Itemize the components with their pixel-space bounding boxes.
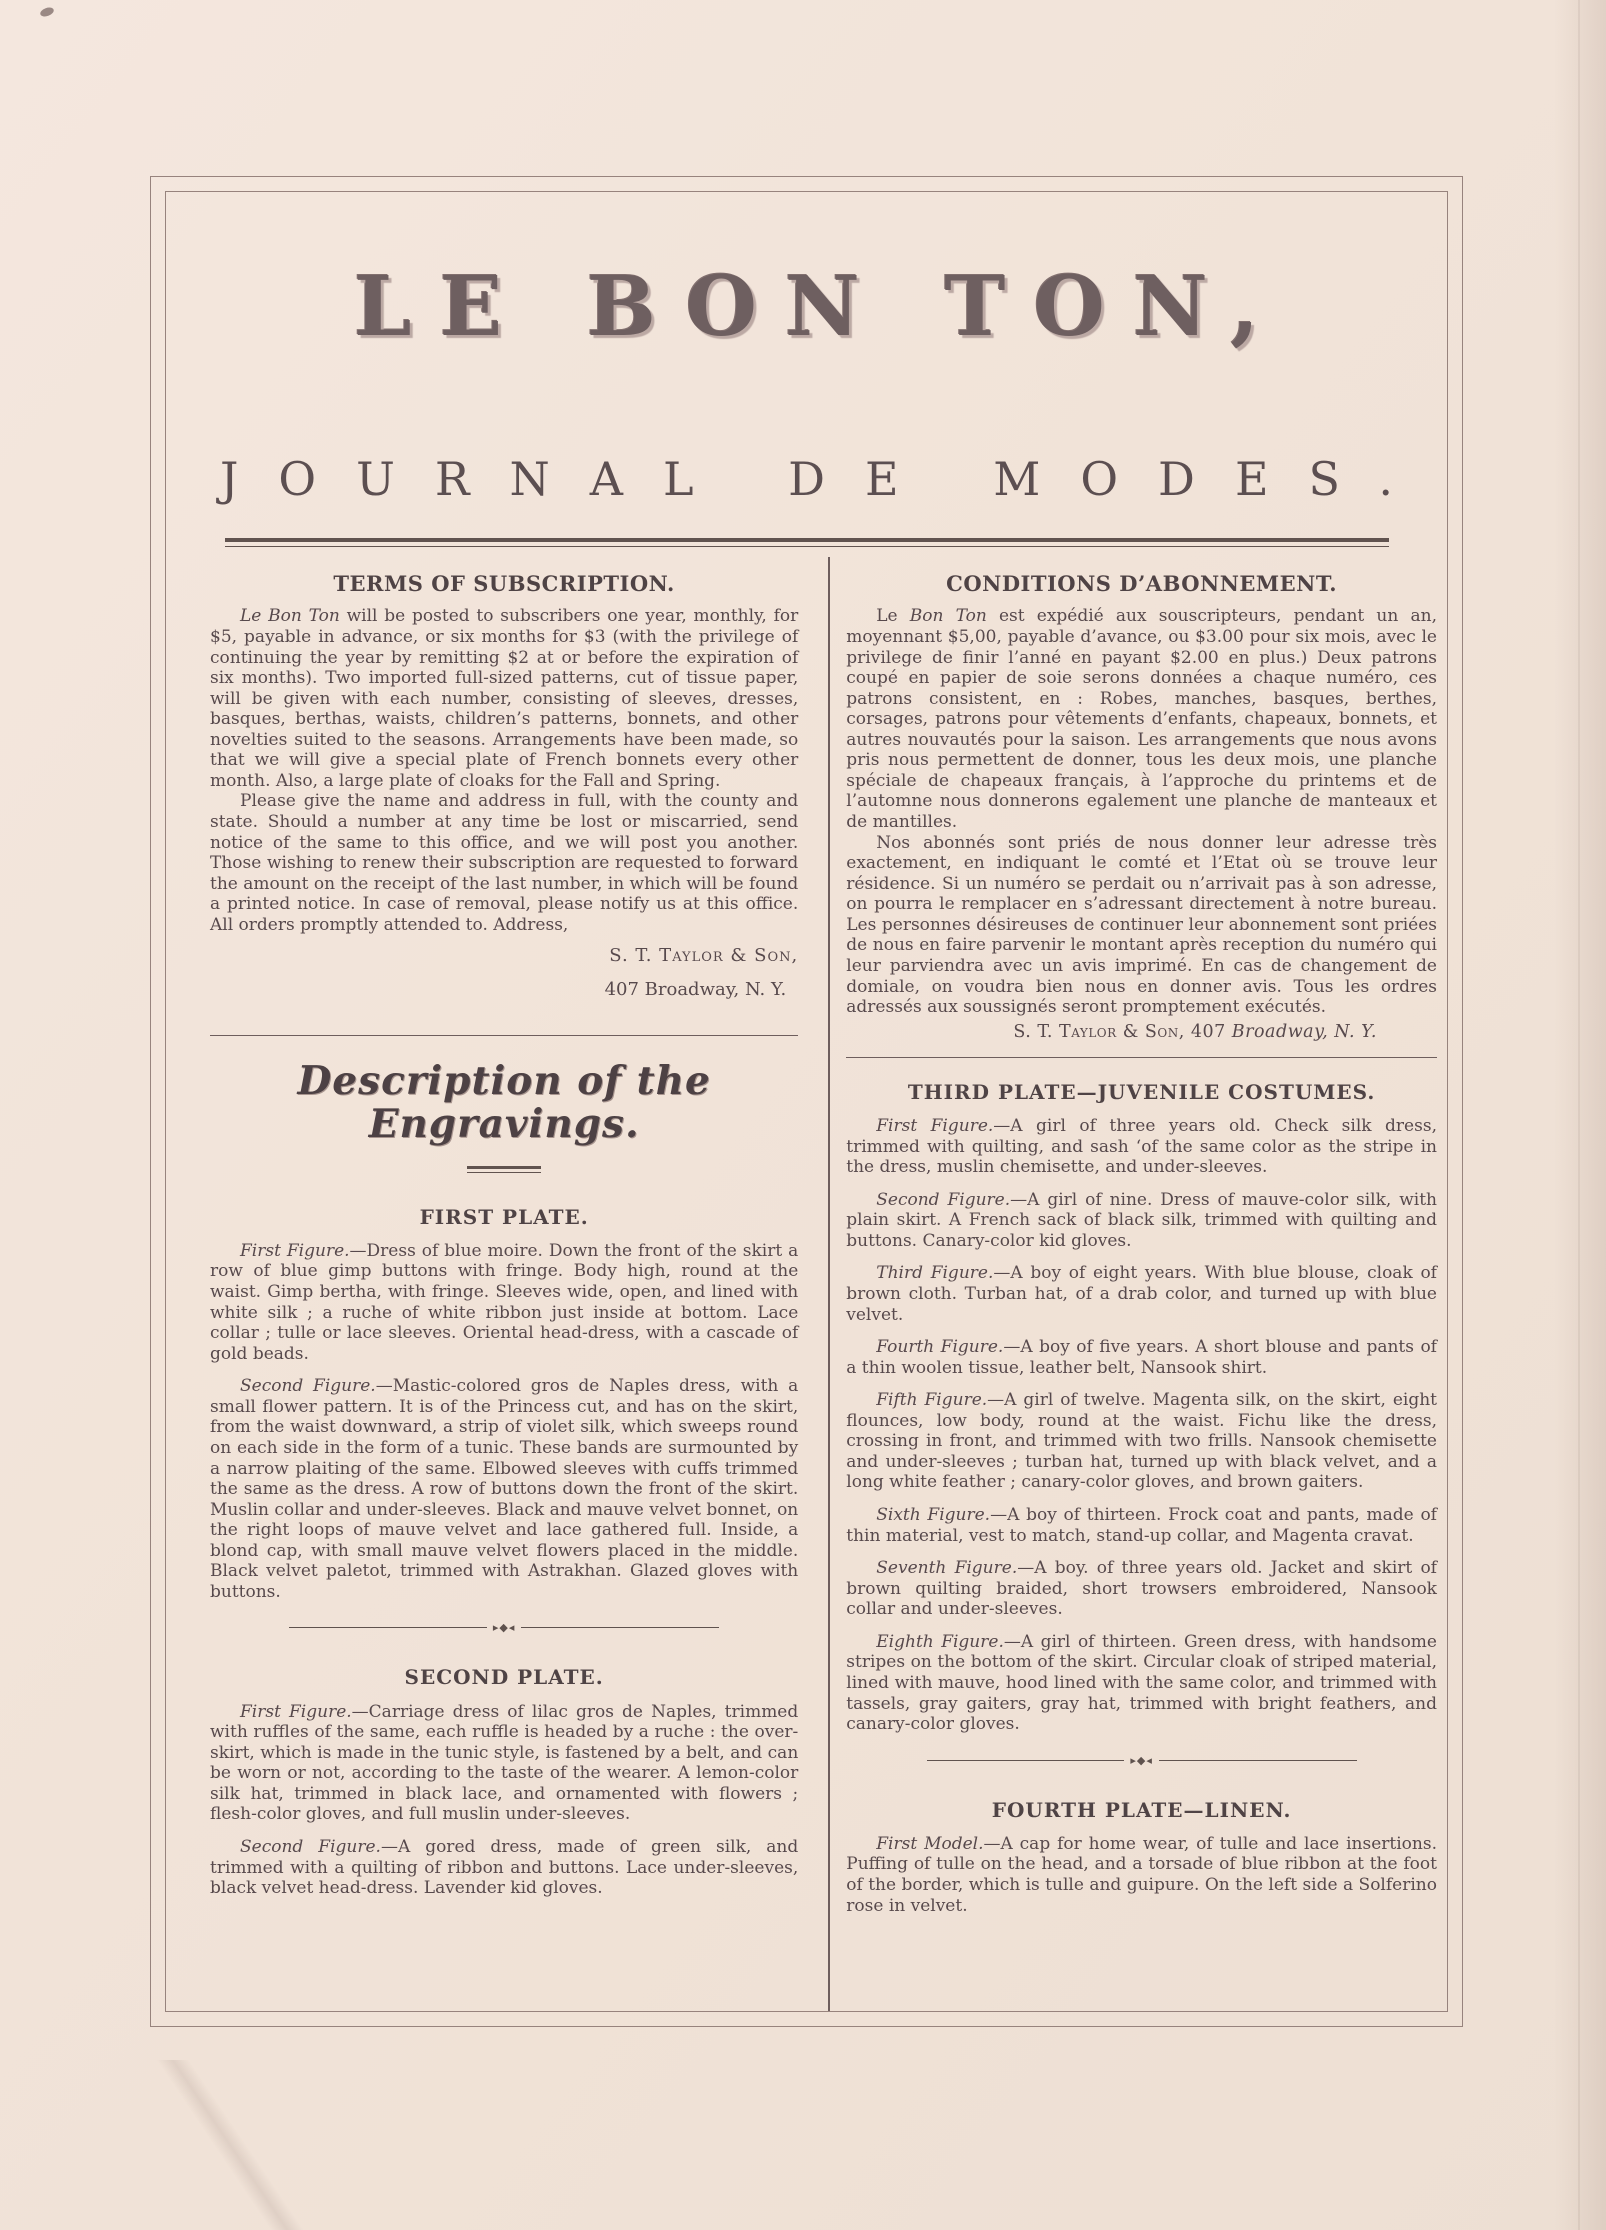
figure-label: Seventh Figure. <box>876 1558 1017 1578</box>
paper-speck <box>39 6 55 18</box>
third-plate-figure-8: Eighth Figure.—A girl of thirteen. Green… <box>846 1632 1437 1735</box>
diamond-ornament-icon: ▸◆◂ <box>493 1622 516 1633</box>
engravings-heading: Description of the Engravings. <box>210 1060 798 1146</box>
figure-label: First Model. <box>876 1834 983 1854</box>
left-column: TERMS OF SUBSCRIPTION. Le Bon Ton will b… <box>166 557 828 2011</box>
divider-line <box>521 1627 719 1628</box>
first-plate-figure-1: First Figure.—Dress of blue moire. Down … <box>210 1241 798 1364</box>
paper-crease <box>80 2060 380 2230</box>
signature-number: 407 <box>1191 1022 1232 1042</box>
third-plate-figure-4: Fourth Figure.—A boy of five years. A sh… <box>846 1337 1437 1378</box>
figure-label: First Figure. <box>876 1116 993 1136</box>
signature-place: Broadway, N. Y. <box>1232 1022 1377 1042</box>
divider-line <box>927 1760 1125 1761</box>
divider-line <box>1159 1760 1357 1761</box>
page-border-outer: LE BON TON, JOURNAL DE MODES. TERMS OF S… <box>150 176 1463 2027</box>
first-plate-heading: FIRST PLATE. <box>210 1205 798 1229</box>
third-plate-figure-3: Third Figure.—A boy of eight years. With… <box>846 1263 1437 1325</box>
first-plate-figure-2: Second Figure.—Mastic-colored gros de Na… <box>210 1376 798 1602</box>
conditions-heading: CONDITIONS D’ABONNEMENT. <box>846 571 1437 596</box>
engravings-short-rule <box>467 1166 541 1173</box>
terms-signature-name: S. T. Taylor & Son, <box>210 945 798 967</box>
figure-label: Eighth Figure. <box>876 1632 1004 1652</box>
third-plate-figure-2: Second Figure.—A girl of nine. Dress of … <box>846 1190 1437 1252</box>
plate-divider: ▸◆◂ <box>927 1755 1357 1766</box>
conditions-signature: S. T. Taylor & Son, 407 Broadway, N. Y. <box>846 1022 1437 1043</box>
masthead-subtitle: JOURNAL DE MODES. <box>166 456 1447 502</box>
masthead-title: LE BON TON, <box>166 266 1447 348</box>
terms-paragraph-1: Le Bon Ton will be posted to subscribers… <box>210 606 798 791</box>
divider-line <box>289 1627 487 1628</box>
third-plate-figure-7: Seventh Figure.—A boy. of three years ol… <box>846 1558 1437 1620</box>
second-plate-figure-1: First Figure.—Carriage dress of lilac gr… <box>210 1702 798 1825</box>
third-plate-figure-6: Sixth Figure.—A boy of thirteen. Frock c… <box>846 1505 1437 1546</box>
signature-name: S. T. Taylor & Son, <box>1013 1022 1191 1042</box>
masthead-double-rule <box>225 538 1389 547</box>
conditions-p1-lead: Bon Ton <box>910 606 987 626</box>
two-column-body: TERMS OF SUBSCRIPTION. Le Bon Ton will b… <box>166 557 1447 2011</box>
terms-paragraph-2: Please give the name and address in full… <box>210 791 798 935</box>
fourth-plate-model-1: First Model.—A cap for home wear, of tul… <box>846 1834 1437 1916</box>
terms-p1-rest: will be posted to subscribers one year, … <box>210 606 798 791</box>
right-section-rule <box>846 1057 1437 1058</box>
left-section-rule <box>210 1035 798 1036</box>
scanned-page: LE BON TON, JOURNAL DE MODES. TERMS OF S… <box>0 0 1606 2230</box>
figure-label: Second Figure. <box>876 1190 1010 1210</box>
right-column: CONDITIONS D’ABONNEMENT. Le Bon Ton est … <box>828 557 1447 2011</box>
third-plate-figure-5: Fifth Figure.—A girl of twelve. Magenta … <box>846 1390 1437 1493</box>
figure-label: Third Figure. <box>876 1263 993 1283</box>
fourth-plate-heading: FOURTH PLATE—LINEN. <box>846 1798 1437 1822</box>
figure-label: Second Figure. <box>240 1837 381 1857</box>
conditions-p1-rest: est expédié aux souscripteurs, pendant u… <box>846 606 1437 832</box>
second-plate-heading: SECOND PLATE. <box>210 1665 798 1689</box>
third-plate-heading: THIRD PLATE—JUVENILE COSTUMES. <box>846 1080 1437 1104</box>
figure-label: Fourth Figure. <box>876 1337 1003 1357</box>
terms-heading: TERMS OF SUBSCRIPTION. <box>210 571 798 596</box>
terms-p1-lead: Le Bon Ton <box>240 606 340 626</box>
figure-label: Sixth Figure. <box>876 1505 990 1525</box>
plate-divider: ▸◆◂ <box>289 1622 719 1633</box>
conditions-paragraph-2: Nos abonnés sont priés de nous donner le… <box>846 833 1437 1018</box>
conditions-paragraph-1: Le Bon Ton est expédié aux souscripteurs… <box>846 606 1437 832</box>
figure-label: Fifth Figure. <box>876 1390 987 1410</box>
terms-signature-address: 407 Broadway, N. Y. <box>210 979 798 1001</box>
figure-text: —Mastic-colored gros de Naples dress, wi… <box>210 1376 798 1602</box>
page-edge-shadow <box>1554 0 1606 2230</box>
diamond-ornament-icon: ▸◆◂ <box>1130 1755 1153 1766</box>
figure-label: First Figure. <box>240 1241 350 1261</box>
third-plate-figure-1: First Figure.—A girl of three years old.… <box>846 1116 1437 1178</box>
second-plate-figure-2: Second Figure.—A gored dress, made of gr… <box>210 1837 798 1899</box>
page-border-inner: LE BON TON, JOURNAL DE MODES. TERMS OF S… <box>165 191 1448 2012</box>
figure-label: First Figure. <box>240 1702 352 1722</box>
figure-label: Second Figure. <box>240 1376 376 1396</box>
conditions-p1-pre: Le <box>876 606 910 626</box>
